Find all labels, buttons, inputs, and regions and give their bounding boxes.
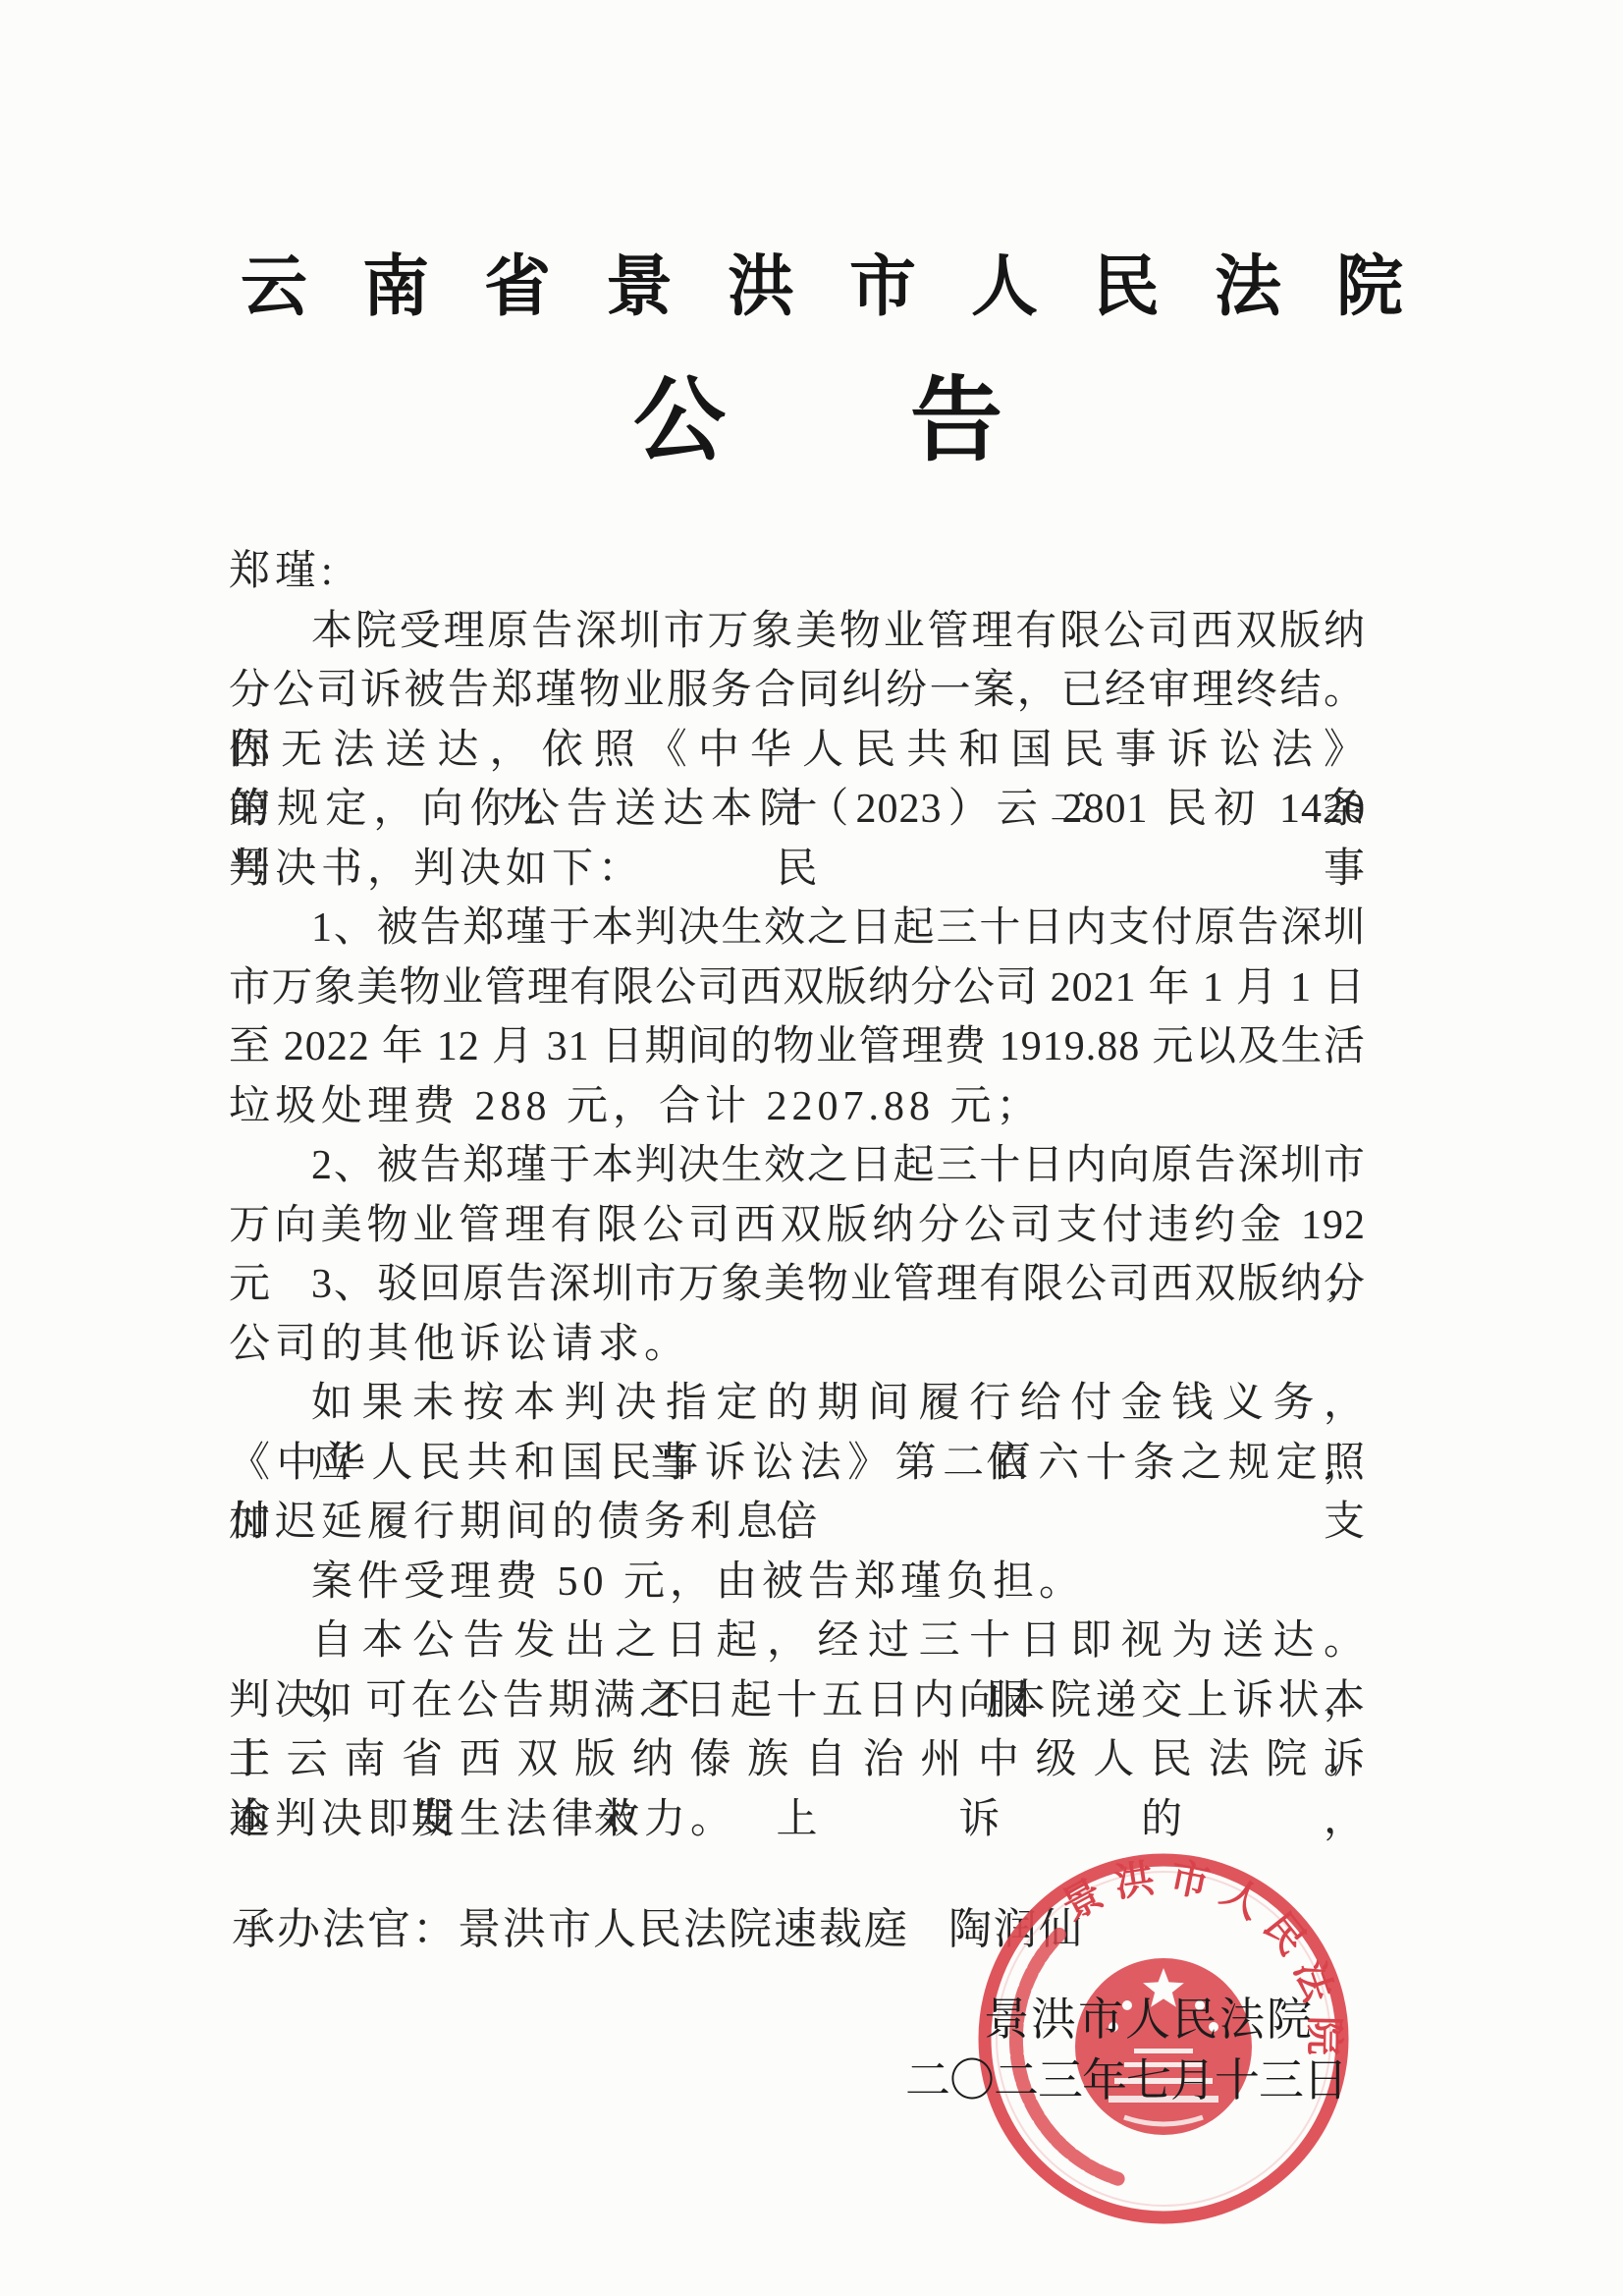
- body-line: 市万象美物业管理有限公司西双版纳分公司 2021 年 1 月 1 日: [229, 958, 1366, 1018]
- notice-body: 郑瑾:本院受理原告深圳市万象美物业管理有限公司西双版纳分公司诉被告郑瑾物业服务合…: [229, 542, 1366, 1849]
- body-line: 分公司诉被告郑瑾物业服务合同纠纷一案，已经审理终结。因: [229, 661, 1366, 721]
- signature-date: 二〇二三年七月十三日: [905, 2045, 1347, 2109]
- body-line: 你无法送达，依照《中华人民共和国民事诉讼法》第九十二条: [229, 721, 1366, 781]
- body-line: 自本公告发出之日起，经过三十日即视为送达。如不服本: [229, 1612, 1366, 1671]
- body-line: 郑瑾:: [229, 542, 1366, 602]
- signature-court-name: 景洪市人民法院: [984, 1984, 1314, 2049]
- body-line: 《中华人民共和国民事诉讼法》第二百六十条之规定，加倍支: [229, 1434, 1366, 1494]
- judge-label: 承办法官：: [232, 1905, 458, 1953]
- body-line: 垃圾处理费 288 元，合计 2207.88 元；: [229, 1077, 1366, 1137]
- judge-line: 承办法官：景洪市人民法院速裁庭陶润仙: [232, 1893, 1084, 1956]
- body-line: 的规定，向你公告送达本院（2023）云 2801 民初 1420 号民事: [229, 780, 1366, 840]
- body-line: 至 2022 年 12 月 31 日期间的物业管理费 1919.88 元以及生活: [229, 1017, 1366, 1077]
- body-line: 3、驳回原告深圳市万象美物业管理有限公司西双版纳分: [229, 1255, 1366, 1315]
- body-line: 判决，可在公告期满之日起十五日内向本院递交上诉状，上诉: [229, 1671, 1366, 1731]
- court-title: 云南省景洪市人民法院: [241, 234, 1458, 329]
- judge-court: 景洪市人民法院速裁庭: [458, 1905, 909, 1953]
- body-line: 案件受理费 50 元，由被告郑瑾负担。: [229, 1553, 1366, 1613]
- body-line: 2、被告郑瑾于本判决生效之日起三十日内向原告深圳市: [229, 1136, 1366, 1196]
- body-line: 如果未按本判决指定的期间履行给付金钱义务，应当依照: [229, 1374, 1366, 1434]
- body-line: 万向美物业管理有限公司西双版纳分公司支付违约金 192 元；: [229, 1196, 1366, 1256]
- body-line: 1、被告郑瑾于本判决生效之日起三十日内支付原告深圳: [229, 899, 1366, 958]
- body-line: 公司的其他诉讼请求。: [229, 1315, 1366, 1375]
- document-page: 云南省景洪市人民法院 公告 郑瑾:本院受理原告深圳市万象美物业管理有限公司西双版…: [0, 0, 1623, 2296]
- notice-title: 公告: [633, 346, 1187, 478]
- body-line: 本院受理原告深圳市万象美物业管理有限公司西双版纳: [229, 602, 1366, 662]
- body-line: 于云南省西双版纳傣族自治州中级人民法院。逾期未上诉的，: [229, 1730, 1366, 1790]
